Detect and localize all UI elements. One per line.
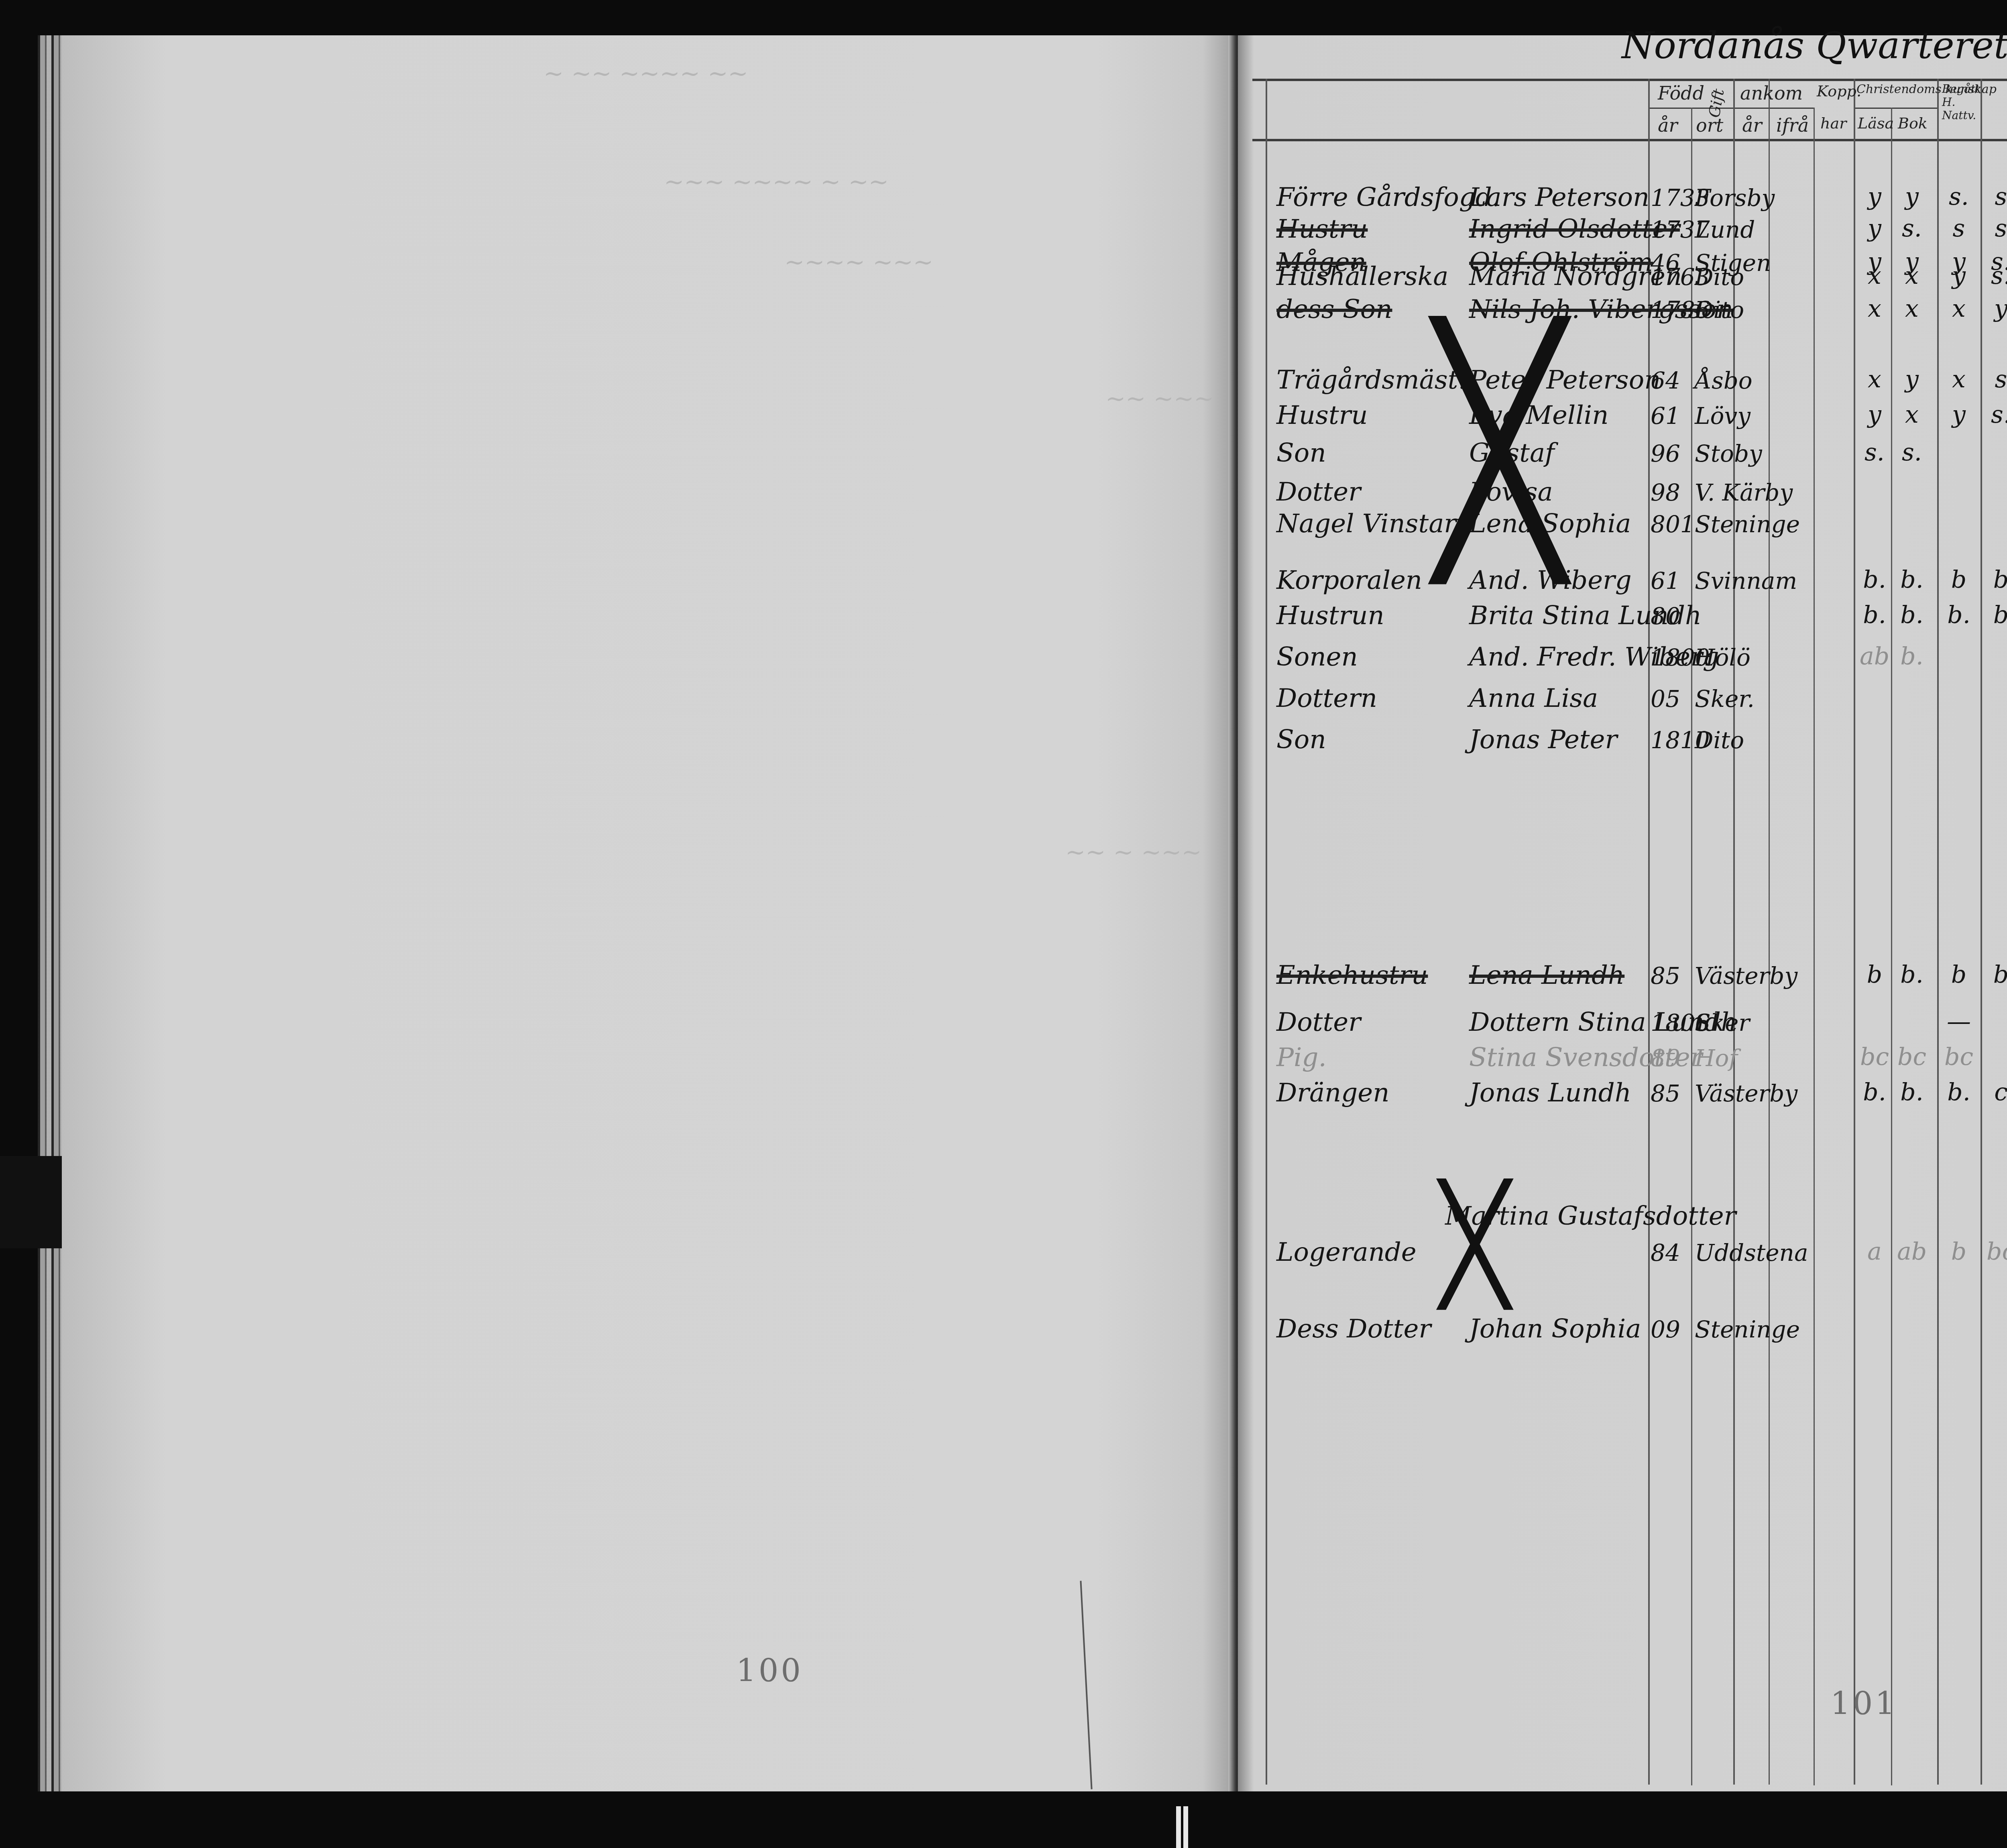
col-koppor-sub: har (1820, 114, 1846, 132)
born-year: 89 (1651, 1044, 1680, 1072)
cross-out-mark: ╳ (1437, 335, 1563, 564)
page-number-right: 101 (1830, 1686, 1897, 1722)
person-title: Hustrun (1276, 601, 1384, 631)
knowledge-mark: bc (1856, 1043, 1893, 1071)
born-place: Västerby (1695, 1080, 1797, 1107)
col-kunskap-bok: Bok (1898, 114, 1928, 132)
knowledge-mark: bc (1894, 1043, 1930, 1071)
knowledge-mark: b (1983, 601, 2007, 629)
left-page: ~ ~~ ~~~~ ~~ ~~~ ~~~~ ~ ~~ ~~~~ ~~~ ~~ ~… (62, 35, 1238, 1791)
knowledge-mark: ab (1856, 642, 1893, 670)
knowledge-mark: a (1856, 1237, 1893, 1266)
col-ankom-ifra: ifrå (1776, 114, 1809, 136)
born-year: 61 (1651, 567, 1680, 594)
knowledge-mark: b (1983, 961, 2007, 989)
knowledge-mark: b. (1894, 1078, 1930, 1106)
born-place: Dito (1695, 727, 1744, 754)
header-top-rule (1252, 79, 2007, 81)
born-year: 61 (1651, 402, 1680, 429)
knowledge-mark: bc (1983, 1237, 2007, 1266)
knowledge-mark: b. (1894, 642, 1930, 670)
knowledge-mark: b. (1894, 961, 1930, 989)
column-rule (1981, 79, 1982, 1785)
born-year: 64 (1651, 367, 1680, 394)
knowledge-mark: ab (1894, 1237, 1930, 1266)
knowledge-mark: b. (1856, 566, 1893, 594)
knowledge-mark: y (1894, 365, 1930, 393)
person-name: Jonas Lundh (1469, 1078, 1631, 1108)
person-name: Lars Peterson (1469, 183, 1649, 212)
person-title: Dess Dotter (1276, 1314, 1431, 1344)
section-title: Nordanås Qwarteret (1622, 24, 2007, 67)
knowledge-mark: x (1856, 295, 1893, 323)
bleed-through-text: ~~~ ~~~~ ~ ~~ (664, 168, 889, 196)
born-place: Forsby (1695, 184, 1775, 212)
knowledge-mark: b. (1941, 1078, 1977, 1106)
person-title: Förre Gårdsfogd. (1276, 183, 1500, 212)
person-title: Son (1276, 438, 1326, 468)
page-tear (1080, 1581, 1092, 1789)
born-place: Stoby (1695, 440, 1762, 467)
knowledge-mark: y (1941, 401, 1977, 429)
born-year: 09 (1651, 1316, 1680, 1343)
page-number-left: 100 (736, 1653, 803, 1689)
bleed-through-text: ~~ ~ ~~~ (1065, 838, 1202, 866)
kunskap-subrule (1854, 108, 1937, 109)
born-place: Dito (1695, 296, 1744, 324)
cross-out-mark: ╳ (1441, 1188, 1509, 1301)
born-place: Hölö (1695, 644, 1751, 671)
knowledge-mark: s. (1894, 438, 1930, 466)
born-place: Västerby (1695, 962, 1797, 989)
col-kunskap-lasa: Läsa (1858, 114, 1894, 132)
spine-marks (1176, 1806, 1192, 1848)
knowledge-mark: b (1983, 566, 2007, 594)
born-place: Svinnam (1695, 567, 1797, 594)
born-year: 05 (1651, 685, 1680, 712)
col-fodd-ar: år (1658, 114, 1677, 136)
col-ankom: ankom (1740, 82, 1803, 104)
born-year: 80 (1651, 602, 1680, 630)
column-rule (1648, 79, 1650, 1785)
col-fodd: Född (1658, 82, 1704, 104)
person-title: Logerande (1276, 1237, 1417, 1267)
knowledge-mark: b (1941, 566, 1977, 594)
bleed-through-text: ~~ ~~~ (1105, 385, 1214, 413)
knowledge-mark: s (1983, 214, 2007, 242)
knowledge-mark: s. (1894, 214, 1930, 242)
knowledge-mark: b (1856, 961, 1893, 989)
knowledge-mark: y (1856, 214, 1893, 242)
born-year: 96 (1651, 440, 1680, 467)
person-title: Son (1276, 725, 1326, 755)
column-rule (1266, 79, 1267, 1785)
born-place: Lund (1695, 216, 1755, 243)
column-rule (1891, 108, 1892, 1785)
knowledge-mark: b (1941, 1237, 1977, 1266)
col-ankom-ar: år (1742, 114, 1762, 136)
column-rule (1854, 79, 1855, 1785)
born-place: Sker (1695, 1009, 1750, 1036)
knowledge-mark: b. (1894, 566, 1930, 594)
knowledge-mark: — (1941, 1007, 1977, 1036)
born-place: Dito (1695, 263, 1744, 291)
born-place: Åsbo (1695, 367, 1753, 394)
column-rule (1733, 79, 1735, 1785)
person-title: Dotter (1276, 1007, 1361, 1037)
born-place: Uddstena (1695, 1239, 1808, 1266)
person-name: Maria Nordgren (1469, 262, 1682, 291)
born-place: Steninge (1695, 1316, 1800, 1343)
knowledge-mark: y (1856, 401, 1893, 429)
person-title: Sonen (1276, 642, 1358, 672)
knowledge-mark: x (1941, 365, 1977, 393)
column-rule (1814, 108, 1815, 1785)
born-year: 84 (1651, 1239, 1680, 1266)
knowledge-mark: y (1894, 183, 1930, 211)
knowledge-mark: b. (1856, 1078, 1893, 1106)
knowledge-mark: s. (1983, 262, 2007, 290)
knowledge-mark: s. (1856, 438, 1893, 466)
knowledge-mark: x (1856, 262, 1893, 290)
column-rule (1769, 79, 1770, 1785)
person-title: Hustru (1276, 401, 1368, 430)
knowledge-mark: x (1941, 295, 1977, 323)
knowledge-mark: s. (1983, 401, 2007, 429)
knowledge-mark: b. (1941, 601, 1977, 629)
knowledge-mark: s (1983, 365, 2007, 393)
knowledge-mark: x (1894, 295, 1930, 323)
knowledge-mark: b. (1894, 601, 1930, 629)
knowledge-mark: y (1983, 295, 2007, 323)
person-title: Korporalen (1276, 566, 1422, 595)
knowledge-mark: x (1894, 262, 1930, 290)
person-title: Hushållerska (1276, 262, 1448, 291)
column-rule (1937, 79, 1939, 1785)
bleed-through-text: ~ ~~ ~~~~ ~~ (543, 59, 748, 88)
knowledge-mark: y (1856, 183, 1893, 211)
born-place: V. Kärby (1695, 479, 1793, 506)
knowledge-mark: y (1941, 262, 1977, 290)
person-title: Dottern (1276, 684, 1377, 713)
header-bottom-rule (1252, 139, 2007, 141)
born-place: Steninge (1695, 511, 1800, 538)
knowledge-mark: s (1941, 214, 1977, 242)
person-name: Jonas Peter (1469, 725, 1617, 755)
bleed-through-text: ~~~~ ~~~ (784, 248, 933, 276)
ankom-subrule (1733, 108, 1814, 109)
knowledge-mark: c (1983, 1078, 2007, 1106)
person-name: Anna Lisa (1469, 684, 1598, 713)
person-title: dess Son (1276, 295, 1392, 324)
person-title: Pig. (1276, 1043, 1327, 1073)
knowledge-mark: s (1983, 183, 2007, 211)
person-title: Dotter (1276, 477, 1361, 507)
person-title: Drängen (1276, 1078, 1389, 1108)
col-nattvard: Begått H. Nattv. (1942, 82, 1978, 122)
col-koppor: Kopp. (1817, 82, 1861, 100)
knowledge-mark: s. (1941, 183, 1977, 211)
born-place: Lövy (1695, 402, 1751, 429)
person-title: Enkehustru (1276, 961, 1428, 990)
born-place: Hof (1695, 1044, 1738, 1072)
born-year: 801 (1651, 511, 1695, 538)
person-name: Ingrid Olsdotter (1469, 214, 1680, 244)
person-name: Johan Sophia (1469, 1314, 1641, 1344)
born-year: 98 (1651, 479, 1680, 506)
knowledge-mark: x (1856, 365, 1893, 393)
born-year: 85 (1651, 962, 1680, 989)
born-year: 85 (1651, 1080, 1680, 1107)
knowledge-mark: b (1941, 961, 1977, 989)
knowledge-mark: x (1894, 401, 1930, 429)
person-title: Hustru (1276, 214, 1368, 244)
column-rule (1691, 108, 1692, 1785)
knowledge-mark: b. (1856, 601, 1893, 629)
person-name: Lena Lundh (1469, 961, 1624, 990)
born-place: Sker. (1695, 685, 1755, 712)
knowledge-mark: bc (1941, 1043, 1977, 1071)
